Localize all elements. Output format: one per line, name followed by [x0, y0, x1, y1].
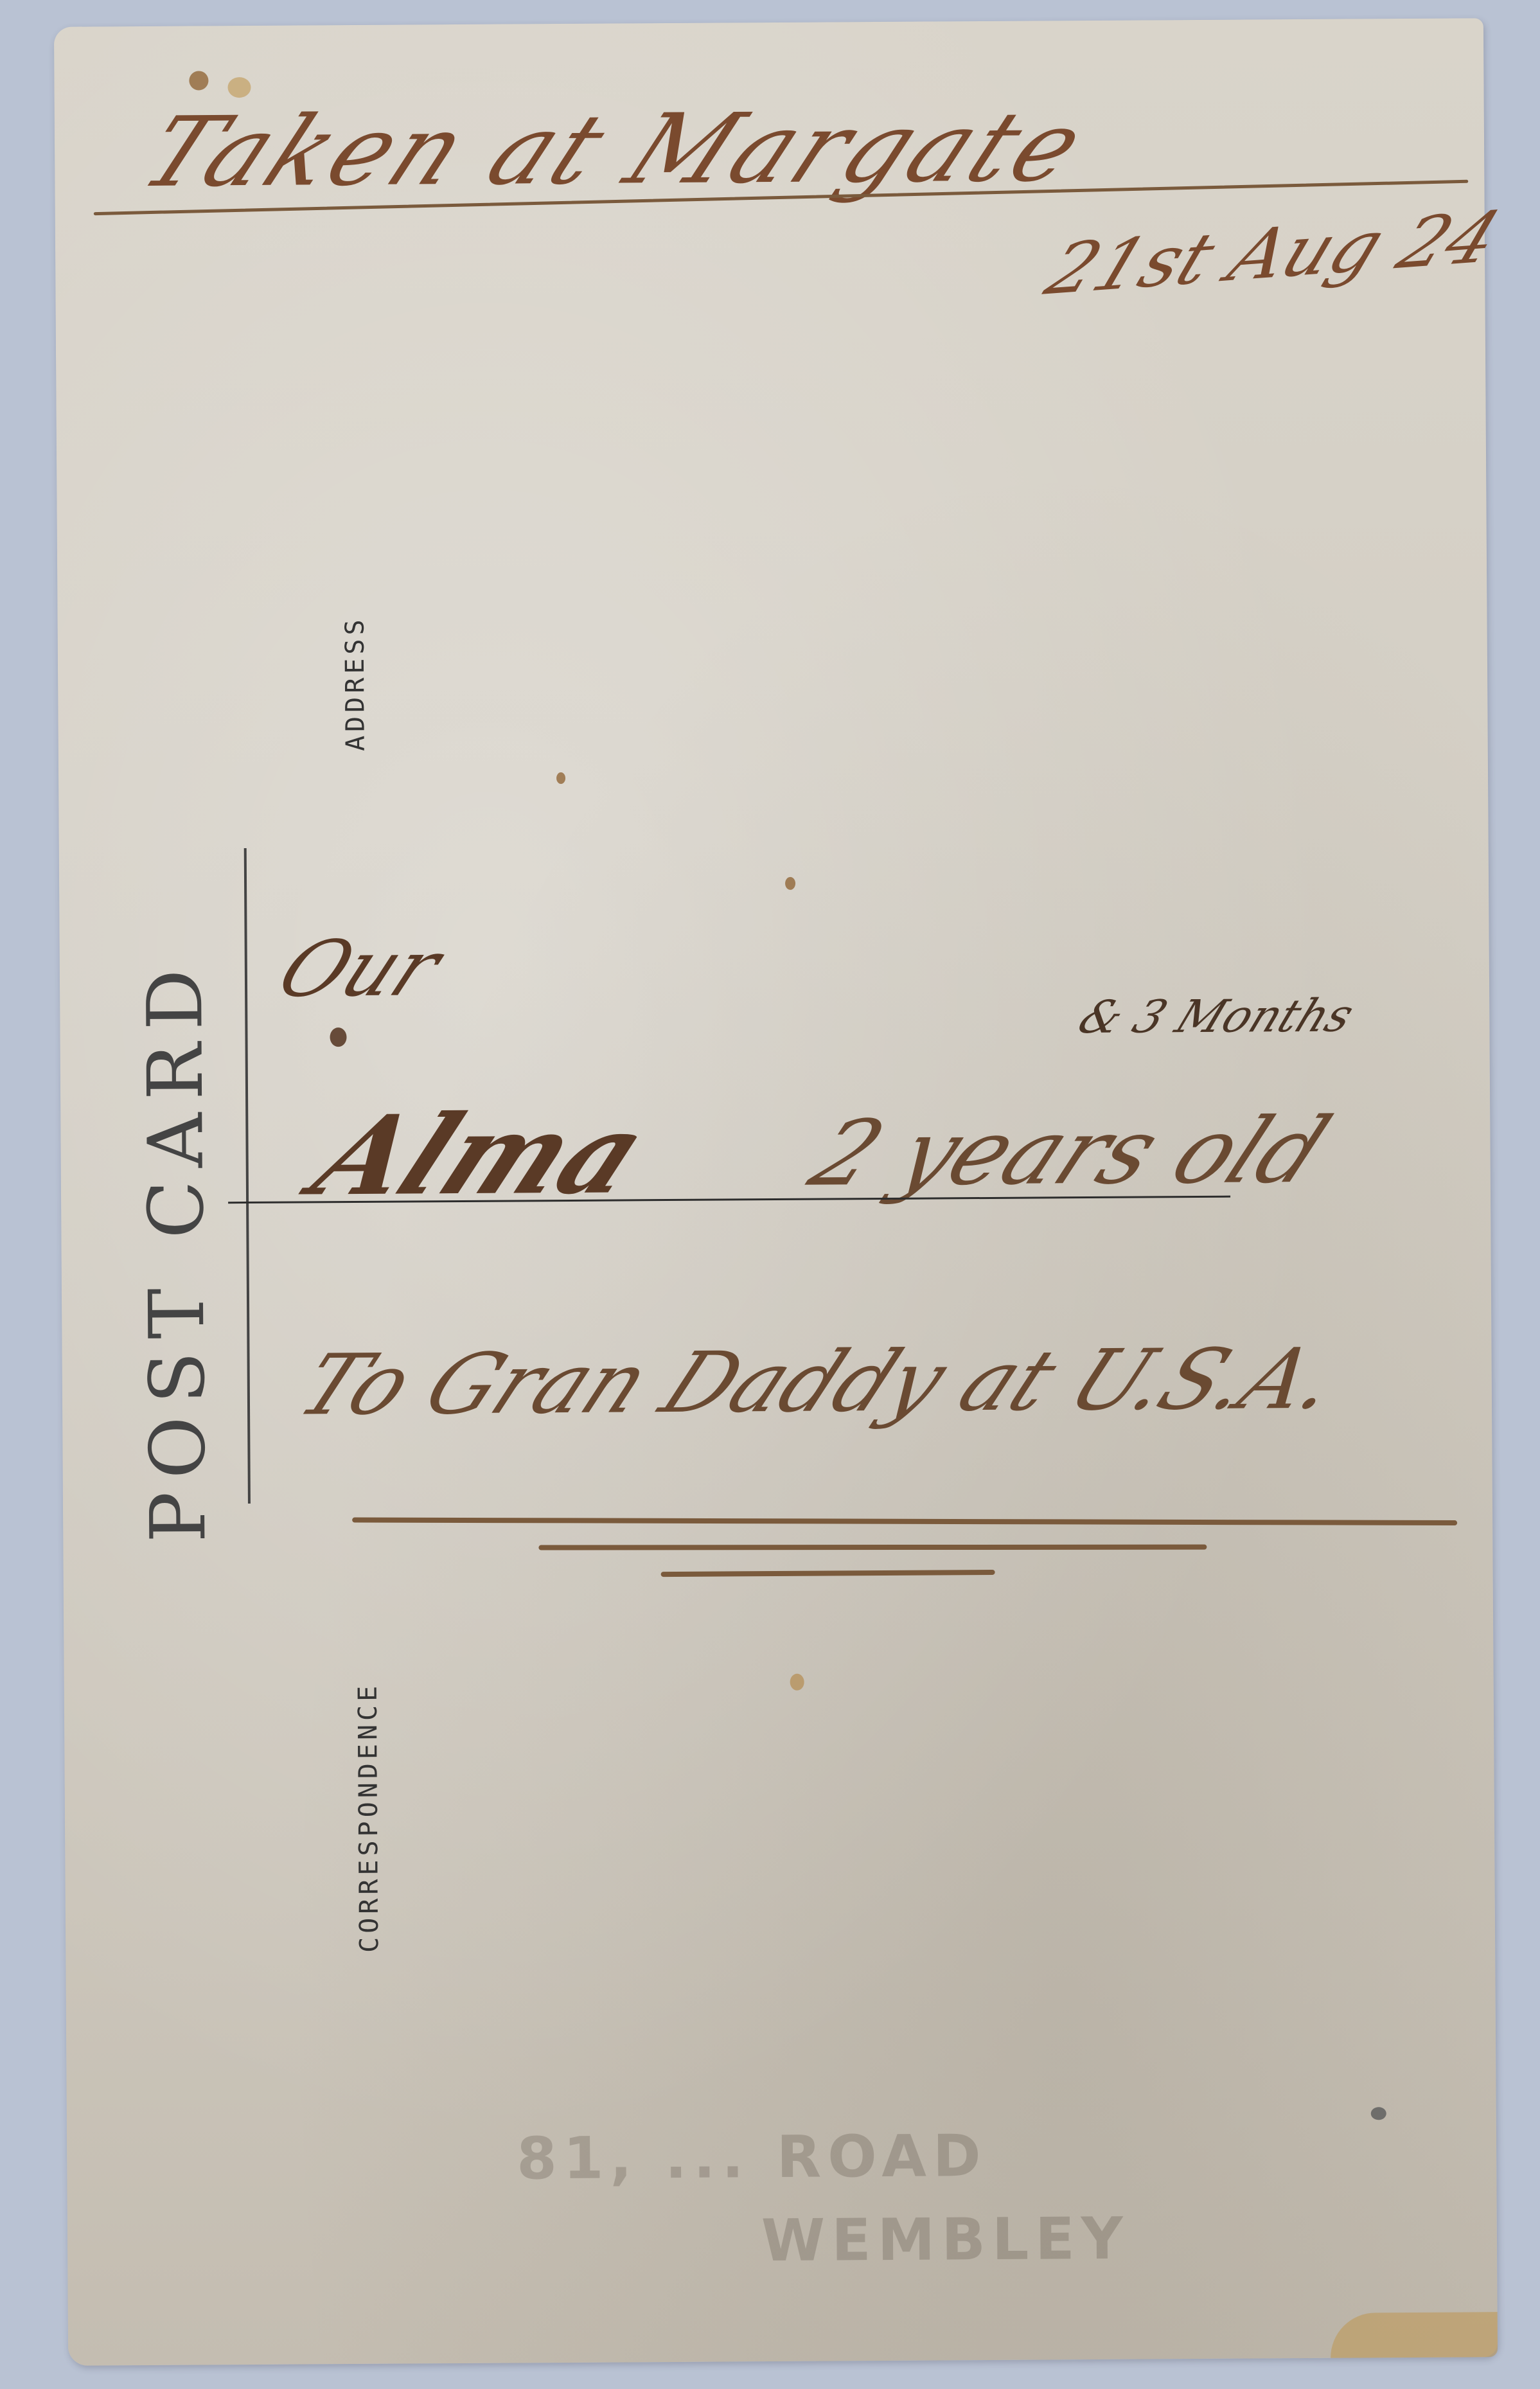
handwritten-salutation: Our [264, 924, 455, 1015]
flourish-line-3 [661, 1570, 995, 1577]
postcard-back: POST CARD ADDRESS CORRESPONDENCE Taken a… [54, 18, 1498, 2366]
ink-spot [556, 772, 565, 784]
faded-imprint-town: WEMBLEY [761, 2205, 1130, 2275]
handwritten-age-note: & 3 Months [1071, 989, 1361, 1044]
ink-spot [227, 77, 251, 98]
handwritten-age: 2 years old [795, 1099, 1345, 1207]
faded-imprint-address: 81, ... ROAD [517, 2122, 987, 2192]
flourish-line-1 [352, 1518, 1457, 1526]
handwritten-recipient: To Gran Daddy at U.S.A. [284, 1329, 1356, 1434]
ink-spot [330, 1027, 346, 1047]
flourish-line-2 [538, 1545, 1207, 1550]
corner-stain [1331, 2312, 1498, 2358]
ink-spot [1371, 2107, 1386, 2120]
post-card-title: POST CARD [130, 956, 223, 1543]
vertical-divider [244, 848, 251, 1504]
address-label: ADDRESS [341, 616, 371, 751]
ink-spot [189, 71, 208, 90]
correspondence-label: CORRESPONDENCE [353, 1682, 385, 1953]
ink-spot [790, 1674, 804, 1691]
ink-spot [785, 877, 795, 890]
handwritten-date: 21st Aug 24 [1035, 196, 1511, 311]
